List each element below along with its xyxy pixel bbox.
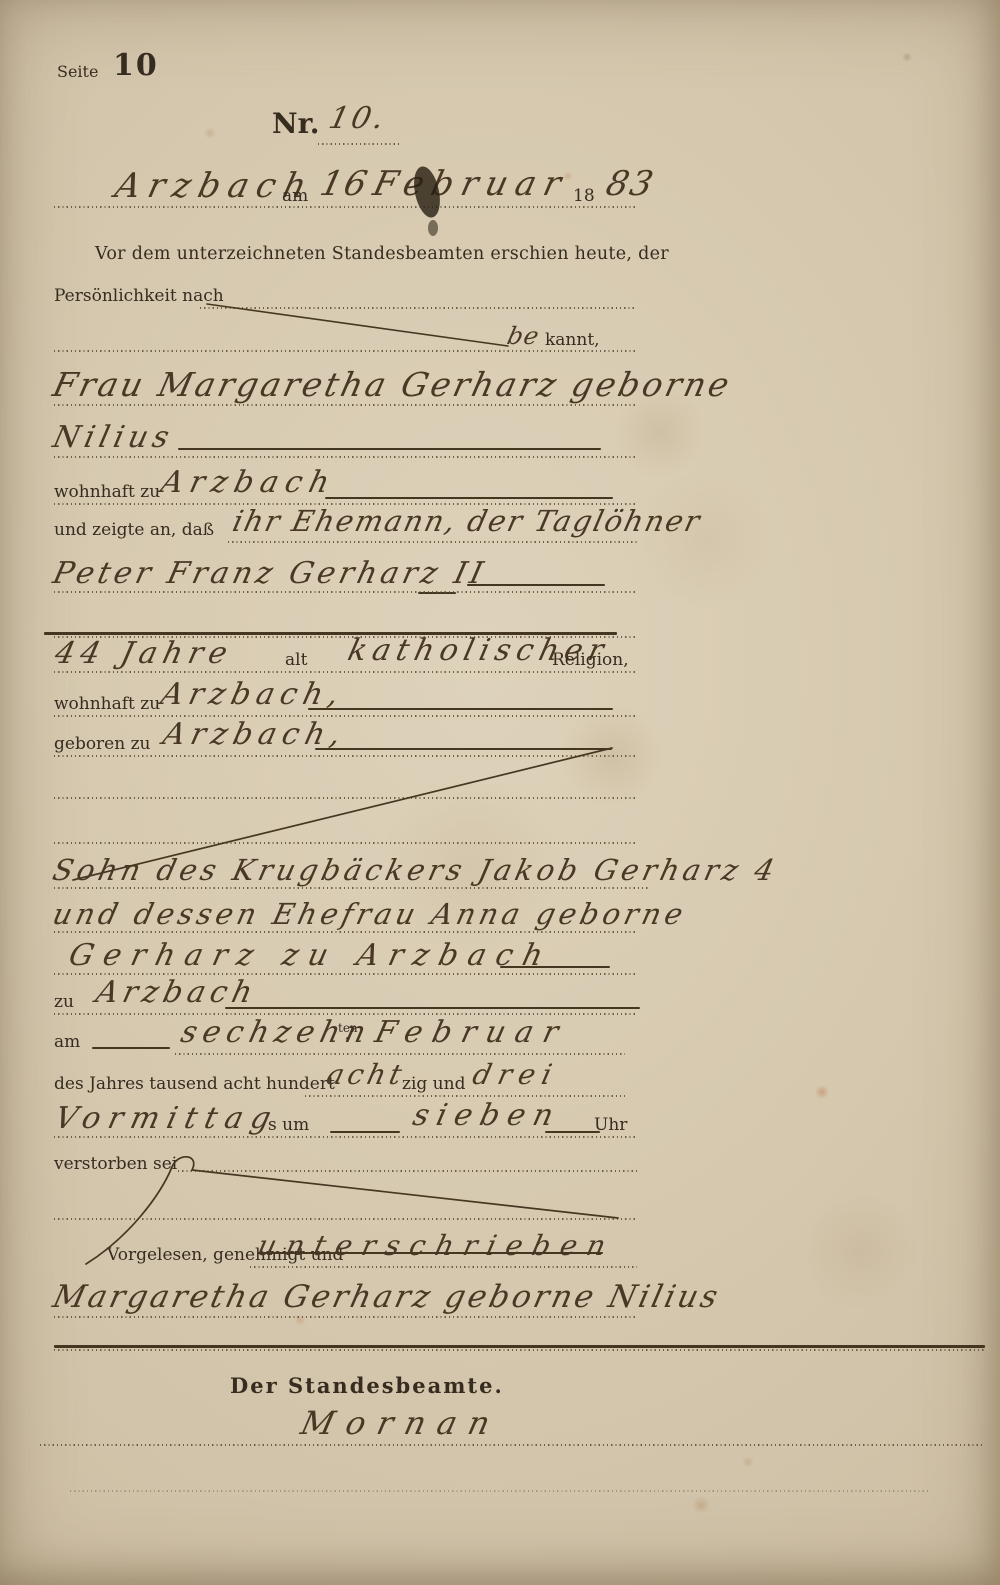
year-line-printed: des Jahres tausend acht hundert	[54, 1076, 335, 1093]
verstorben-label: verstorben sei	[54, 1156, 177, 1173]
zu-fill-stroke	[225, 1007, 640, 1009]
bekannt-handwritten: be	[505, 324, 542, 348]
page-label: Seite	[57, 64, 98, 80]
declarant-name-line2: Nilius	[50, 423, 177, 453]
declarant-signature: Margaretha Gerharz geborne Nilius	[50, 1282, 723, 1313]
section-divider-rule	[54, 1349, 985, 1351]
dateline-month: Februar	[370, 167, 572, 201]
deceased-rule	[54, 591, 637, 593]
parents-line1-rule	[54, 887, 649, 889]
wohnhaft1-label: wohnhaft zu	[54, 484, 160, 501]
verstorben-rule	[178, 1170, 637, 1172]
registrar-signature-rule	[40, 1444, 985, 1446]
unterschrieben-handwritten: unterschrieben	[255, 1232, 618, 1260]
dateline-day: 16	[317, 167, 372, 201]
ten-suffix: ten„	[338, 1024, 358, 1039]
record-number-line	[318, 143, 400, 145]
declarant-line1-rule	[54, 404, 637, 406]
registrar-title: Der Standesbeamte.	[230, 1375, 504, 1396]
religion-label: Religion,	[552, 652, 629, 669]
am-blank-stroke	[92, 1047, 170, 1049]
death-date-rule	[175, 1053, 625, 1055]
dateline-am-label: am	[282, 188, 308, 205]
age-rule	[54, 671, 637, 673]
nilius-fill-stroke	[178, 448, 601, 450]
geboren-value: Arzbach,	[160, 720, 349, 750]
time-rule	[54, 1136, 637, 1138]
parents-line3: Gerharz zu Arzbach	[66, 941, 556, 971]
hour-value: sieben	[410, 1101, 564, 1131]
dateline-year-printed: 18	[573, 188, 595, 205]
record-number-value: 10.	[326, 104, 390, 134]
zeigte-value: ihr Ehemann, der Taglöhner	[230, 507, 704, 536]
parents-line2-rule	[54, 931, 637, 933]
persoenlichkeit-label: Persönlichkeit nach	[54, 288, 224, 305]
zu-value: Arzbach	[93, 978, 260, 1008]
bottom-faint-rule	[70, 1490, 930, 1492]
declarant-line2-rule	[54, 456, 637, 458]
empty-dotted-line-2	[54, 842, 637, 844]
age-value: 44 Jahre	[52, 639, 236, 669]
bekannt-blank-line	[54, 350, 637, 352]
geboren-label: geboren zu	[54, 736, 151, 753]
daytime-value: Vormittag	[52, 1104, 281, 1134]
zig-printed: zig und	[402, 1076, 465, 1093]
registrar-signature: Mornan	[298, 1407, 505, 1439]
year-hand2: drei	[470, 1061, 561, 1089]
parents-line1: Sohn des Krugbäckers Jakob Gerharz 4	[50, 856, 781, 885]
deceased-name: Peter Franz Gerharz II	[50, 559, 490, 589]
deceased-suffix-underline	[418, 592, 456, 594]
signature-rule	[54, 1316, 637, 1318]
zu-label: zu	[54, 994, 74, 1011]
declarant-name-line1: Frau Margaretha Gerharz geborne	[50, 368, 735, 401]
wohnhaft2-value: Arzbach,	[158, 680, 347, 710]
zeigte-rule	[228, 541, 637, 543]
wohnhaft1-value: Arzbach	[158, 468, 339, 498]
dateline-rule	[54, 206, 637, 208]
am-label: am	[54, 1034, 80, 1051]
dateline-year-handwritten: 83	[603, 167, 658, 201]
s-um-printed: s um	[268, 1117, 309, 1134]
bekannt-printed: kannt,	[545, 332, 600, 349]
persoenlichkeit-crossout-stroke	[207, 304, 508, 346]
wohnhaft2-label: wohnhaft zu	[54, 696, 160, 713]
geboren-fill-stroke	[315, 748, 612, 750]
death-register-page: Seite 10 Nr. 10. Arzbach am 16 Februar 1…	[0, 0, 1000, 1585]
geboren-rule	[54, 755, 637, 757]
uhr-printed: Uhr	[594, 1117, 627, 1134]
page-number: 10	[113, 51, 159, 81]
ink-strokes-overlay	[0, 0, 1000, 1585]
empty-dotted-line-1	[54, 797, 637, 799]
record-number-label: Nr.	[272, 110, 320, 138]
persoenlichkeit-blank-line	[200, 307, 637, 309]
alt-label: alt	[285, 652, 307, 669]
death-month: Februar	[372, 1018, 571, 1048]
empty-dotted-line-3	[54, 1218, 637, 1220]
year-hand1: acht	[324, 1061, 408, 1089]
year-rule	[305, 1095, 625, 1097]
vorgelesen-rule	[250, 1266, 637, 1268]
time-blank-stroke	[330, 1131, 400, 1133]
intro-text: Vor dem unterzeichneten Standesbeamten e…	[95, 246, 669, 264]
verstorben-crossout-stroke	[192, 1170, 618, 1218]
parents-line2: und dessen Ehefrau Anna geborne	[50, 900, 689, 929]
wohnhaft2-fill-stroke	[308, 708, 613, 710]
zeigte-label: und zeigte an, daß	[54, 522, 214, 539]
section-divider-stroke	[54, 1345, 985, 1348]
deceased-fill-stroke	[467, 584, 605, 586]
ink-blot-drip	[428, 220, 438, 236]
wohnhaft1-fill-stroke	[325, 497, 613, 499]
paper-stains	[0, 0, 1000, 1585]
